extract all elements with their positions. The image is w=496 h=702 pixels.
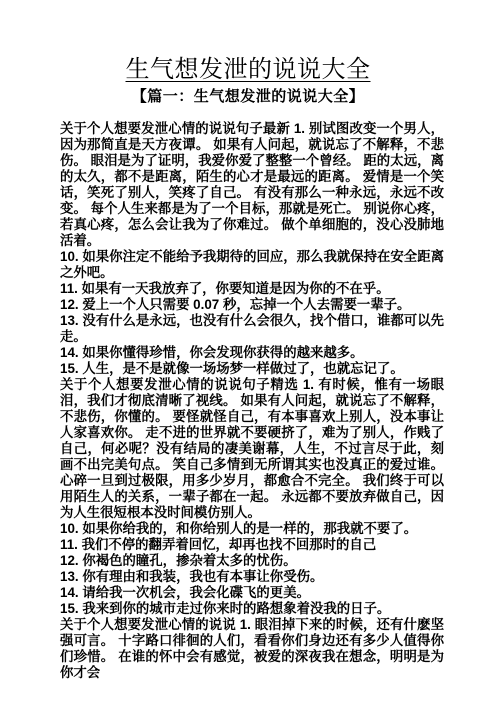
- paragraph: 关于个人想要发泄心情的说说句子精选 1. 有时候，惟有一场眼泪，我们才彻底清晰了…: [60, 377, 444, 521]
- paragraph: 13. 没有什么是永远，也没有什么会很久，找个借口，谁都可以先走。: [60, 313, 444, 345]
- paragraph: 15. 人生，是不是就像一场场梦一样做过了，也就忘记了。: [60, 361, 444, 377]
- paragraph: 12. 你褐色的瞳孔，掺杂着太多的忧伤。: [60, 553, 444, 569]
- paragraph: 14. 如果你懂得珍惜，你会发现你获得的越来越多。: [60, 345, 444, 361]
- paragraph: 11. 如果有一天我放弃了，你要知道是因为你的不在乎。: [60, 281, 444, 297]
- paragraph: 11. 我们不停的翻弄着回忆，却再也找不回那时的自己: [60, 537, 444, 553]
- document-page: 生气想发泄的说说大全 【篇一：生气想发泄的说说大全】 关于个人想要发泄心情的说说…: [0, 0, 496, 702]
- paragraph: 10. 如果你注定不能给予我期待的回应，那么我就保持在安全距离之外吧。: [60, 249, 444, 281]
- paragraph: 关于个人想要发泄心情的说说 1. 眼泪掉下来的时候，还有什麽坚强可言。 十字路口…: [60, 617, 444, 681]
- paragraph: 15. 我来到你的城市走过你来时的路想象着没我的日子。: [60, 601, 444, 617]
- paragraph: 13. 你有理由和我装，我也有本事让你受伤。: [60, 569, 444, 585]
- document-title: 生气想发泄的说说大全: [0, 56, 496, 84]
- document-subtitle: 【篇一：生气想发泄的说说大全】: [0, 88, 496, 106]
- document-body: 关于个人想要发泄心情的说说句子最新 1. 别试图改变一个男人，因为那简直是天方夜…: [60, 121, 444, 681]
- paragraph: 14. 请给我一次机会，我会化碟飞的更美。: [60, 585, 444, 601]
- paragraph: 12. 爱上一个人只需要 0.07 秒，忘掉一个人去需要一辈子。: [60, 297, 444, 313]
- paragraph: 10. 如果你给我的，和你给别人的是一样的，那我就不要了。: [60, 521, 444, 537]
- paragraph: 关于个人想要发泄心情的说说句子最新 1. 别试图改变一个男人，因为那简直是天方夜…: [60, 121, 444, 249]
